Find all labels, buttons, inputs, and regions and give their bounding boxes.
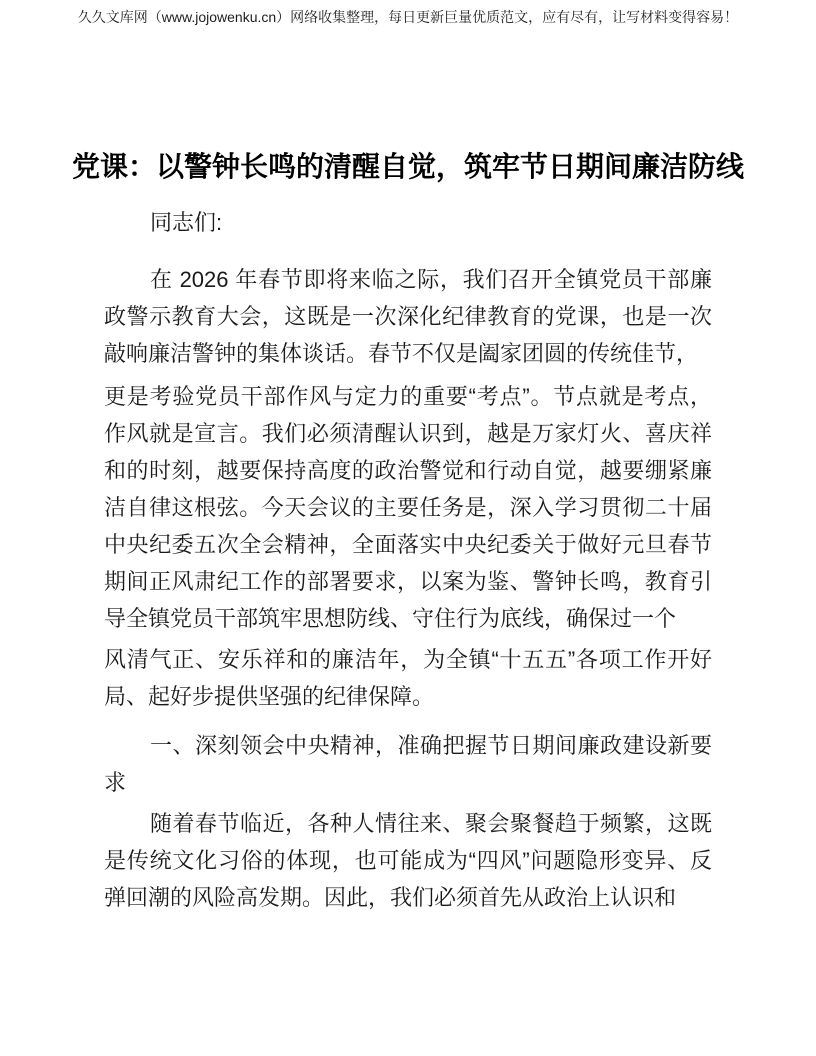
document-title: 党课：以警钟长鸣的清醒自觉，筑牢节日期间廉洁防线 — [70, 148, 746, 186]
salutation-paragraph: 同志们: — [104, 204, 712, 241]
section-heading-1: 一、深刻领会中央精神，准确把握节日期间廉政建设新要求 — [104, 727, 712, 801]
body-paragraph-2: 更是考验党员干部作风与定力的重要“考点”。节点就是考点，作风就是宣言。我们必须清… — [104, 378, 712, 637]
body-paragraph-1: 在 2026 年春节即将来临之际，我们召开全镇党员干部廉政警示教育大会，这既是一… — [104, 261, 712, 372]
body-paragraph-3: 风清气正、安乐祥和的廉洁年，为全镇“十五五”各项工作开好局、起好步提供坚强的纪律… — [104, 641, 712, 715]
document-body: 同志们: 在 2026 年春节即将来临之际，我们召开全镇党员干部廉政警示教育大会… — [0, 186, 816, 916]
document-page: 久久文库网（www.jojowenku.cn）网络收集整理，每日更新巨量优质范文… — [0, 0, 816, 1056]
body-paragraph-4: 随着春节临近，各种人情往来、聚会聚餐趋于频繁，这既是传统文化习俗的体现，也可能成… — [104, 805, 712, 916]
site-watermark-text: 久久文库网（www.jojowenku.cn）网络收集整理，每日更新巨量优质范文… — [0, 0, 816, 26]
